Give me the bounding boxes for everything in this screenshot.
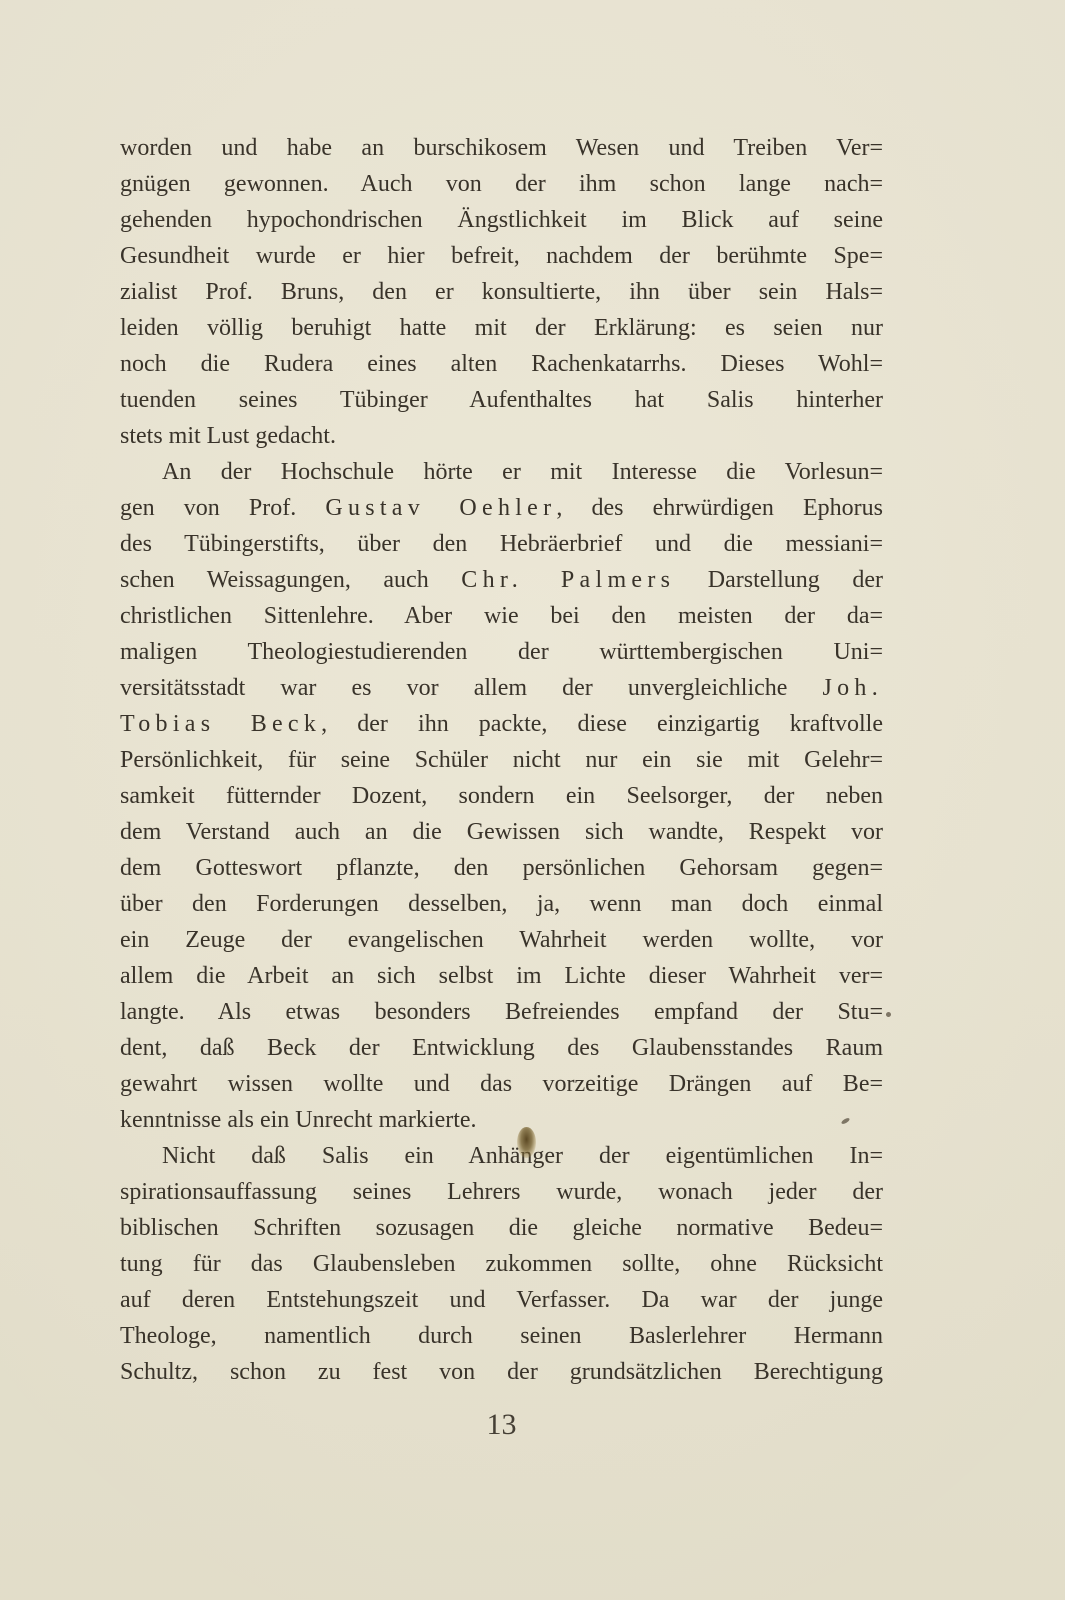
text-segment: Schultz, schon zu fest von der grundsätz… [120,1359,883,1385]
text-line: allem die Arbeit an sich selbst im Licht… [120,958,883,994]
text-segment: allem die Arbeit an sich selbst im Licht… [120,963,883,989]
text-line: Theologe, namentlich durch seinen Basler… [120,1318,883,1354]
text-line: samkeit fütternder Dozent, sondern ein S… [120,778,883,814]
text-line: Nicht daß Salis ein Anhänger der eigentü… [120,1138,883,1174]
text-segment: Gesundheit wurde er hier befreit, nachde… [120,243,883,269]
text-segment: zialist Prof. Bruns, den er konsultierte… [120,279,883,305]
text-line: tung für das Glaubensleben zukommen soll… [120,1246,883,1282]
text-segment: worden und habe an burschikosem Wesen un… [120,135,883,161]
text-line: dent, daß Beck der Entwicklung des Glaub… [120,1030,883,1066]
text-line: ein Zeuge der evangelischen Wahrheit wer… [120,922,883,958]
text-line: versitätsstadt war es vor allem der unve… [120,670,883,706]
text-line: christlichen Sittenlehre. Aber wie bei d… [120,598,883,634]
text-line: langte. Als etwas besonders Befreiendes … [120,994,883,1030]
text-segment: gehenden hypochondrischen Ängstlichkeit … [120,207,883,233]
text-line: schen Weissagungen, auch Chr. Palmers Da… [120,562,883,598]
text-line: dem Gotteswort pflanzte, den persönliche… [120,850,883,886]
text-segment: An der Hochschule hörte er mit Interesse… [162,459,883,485]
text-segment: ein Zeuge der evangelischen Wahrheit wer… [120,927,883,953]
text-segment: Theologe, namentlich durch seinen Basler… [120,1323,883,1349]
text-segment: Persönlichkeit, für seine Schüler nicht … [120,747,883,773]
text-segment: dem Verstand auch an die Gewissen sich w… [120,819,883,845]
text-line: leiden völlig beruhigt hatte mit der Erk… [120,310,883,346]
text-segment: samkeit fütternder Dozent, sondern ein S… [120,783,883,809]
text-line: dem Verstand auch an die Gewissen sich w… [120,814,883,850]
text-line: gewahrt wissen wollte und das vorzeitige… [120,1066,883,1102]
text-segment: , des ehrwürdigen Ephorus [556,495,883,521]
text-segment: biblischen Schriften sozusagen die gleic… [120,1215,883,1241]
book-page: worden und habe an burschikosem Wesen un… [0,0,1065,1600]
text-line: kenntnisse als ein Unrecht markierte. [120,1102,883,1138]
text-line: biblischen Schriften sozusagen die gleic… [120,1210,883,1246]
text-line: gnügen gewonnen. Auch von der ihm schon … [120,166,883,202]
text-segment: , der ihn packte, diese einzigartig kraf… [321,711,883,737]
text-segment: des Tübingerstifts, über den Hebräerbrie… [120,531,883,557]
text-segment: auf deren Entstehungszeit und Verfasser.… [120,1287,883,1313]
text-line: Tobias Beck, der ihn packte, diese einzi… [120,706,883,742]
text-segment: Darstellung der [675,567,883,593]
text-line: maligen Theologiestudierenden der württe… [120,634,883,670]
text-segment: gen von Prof. [120,495,325,521]
text-line: Schultz, schon zu fest von der grundsätz… [120,1354,883,1390]
letterspaced-name: Gustav Oehler [325,495,556,521]
text-segment: dem Gotteswort pflanzte, den persönliche… [120,855,883,881]
text-segment: leiden völlig beruhigt hatte mit der Erk… [120,315,883,341]
text-segment: kenntnisse als ein Unrecht markierte. [120,1107,477,1133]
text-line: über den Forderungen desselben, ja, wenn… [120,886,883,922]
text-segment: christlichen Sittenlehre. Aber wie bei d… [120,603,883,629]
text-segment: tung für das Glaubensleben zukommen soll… [120,1251,883,1277]
text-segment: gnügen gewonnen. Auch von der ihm schon … [120,171,883,197]
text-line: gen von Prof. Gustav Oehler, des ehrwürd… [120,490,883,526]
text-segment: Nicht daß Salis ein Anhänger der eigentü… [162,1143,883,1169]
text-segment: dent, daß Beck der Entwicklung des Glaub… [120,1035,883,1061]
speck [885,1011,892,1018]
text-line: gehenden hypochondrischen Ängstlichkeit … [120,202,883,238]
text-line: Gesundheit wurde er hier befreit, nachde… [120,238,883,274]
text-segment: stets mit Lust gedacht. [120,423,336,449]
text-line: spirationsauffassung seines Lehrers wurd… [120,1174,883,1210]
text-line: An der Hochschule hörte er mit Interesse… [120,454,883,490]
letterspaced-name: Chr. Palmers [461,567,675,593]
text-segment: noch die Rudera eines alten Rachenkatarr… [120,351,883,377]
text-segment: gewahrt wissen wollte und das vorzeitige… [120,1071,883,1097]
text-line: auf deren Entstehungszeit und Verfasser.… [120,1282,883,1318]
text-line: des Tübingerstifts, über den Hebräerbrie… [120,526,883,562]
text-line: Persönlichkeit, für seine Schüler nicht … [120,742,883,778]
text-line: zialist Prof. Bruns, den er konsultierte… [120,274,883,310]
letterspaced-name: Joh. [823,675,883,701]
text-line: stets mit Lust gedacht. [120,418,883,454]
text-line: tuenden seines Tübinger Aufenthaltes hat… [120,382,883,418]
text-block: worden und habe an burschikosem Wesen un… [120,130,883,1390]
text-segment: spirationsauffassung seines Lehrers wurd… [120,1179,883,1205]
text-line: worden und habe an burschikosem Wesen un… [120,130,883,166]
text-segment: versitätsstadt war es vor allem der unve… [120,675,823,701]
text-segment: langte. Als etwas besonders Befreiendes … [120,999,883,1025]
text-segment: schen Weissagungen, auch [120,567,461,593]
text-segment: über den Forderungen desselben, ja, wenn… [120,891,883,917]
text-line: noch die Rudera eines alten Rachenkatarr… [120,346,883,382]
text-segment: maligen Theologiestudierenden der württe… [120,639,883,665]
page-number: 13 [120,1408,883,1442]
text-segment: tuenden seines Tübinger Aufenthaltes hat… [120,387,883,413]
letterspaced-name: Tobias Beck [120,711,321,737]
